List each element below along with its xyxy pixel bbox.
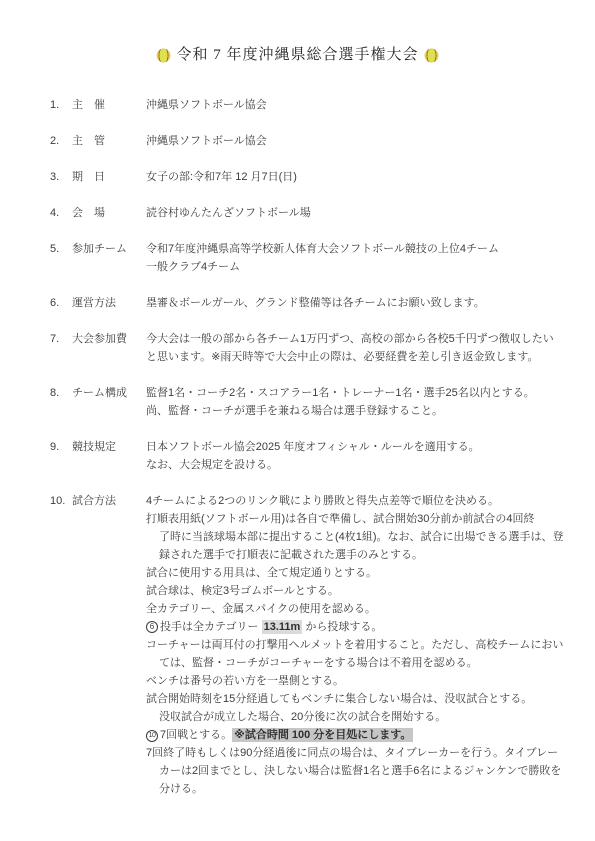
item-line: 女子の部:令和7年 12 月7日(日)	[146, 168, 570, 186]
item-label: チーム構成	[72, 384, 146, 402]
item-line: 令和7年度沖縄県高等学校新人体育大会ソフトボール競技の上位4チーム	[146, 240, 570, 258]
list-item: 8.チーム構成監督1名・コーチ2名・スコアラー1名・トレーナー1名・選手25名以…	[0, 384, 595, 420]
sub-item-line: コーチャーは両耳付の打撃用ヘルメットを着用すること。ただし、高校チームにおい	[146, 636, 570, 654]
item-label: 大会参加費	[72, 330, 146, 348]
sub-item-line: 打順表用紙(ソフトボール用)は各自で準備し、試合開始30分前か前試合の4回終	[146, 510, 570, 528]
item-label: 主 催	[72, 96, 146, 114]
item-content: 沖縄県ソフトボール協会	[146, 132, 570, 150]
item-label: 期 日	[72, 168, 146, 186]
item-number: 10.	[50, 492, 72, 510]
item-line: と思います。※雨天時等で大会中止の際は、必要経費を差し引き返金致します。	[146, 348, 570, 366]
sub-item-line: 試合開始時刻を15分経過してもベンチに集合しない場合は、没収試合とする。	[146, 690, 570, 708]
item-number: 6.	[50, 294, 72, 312]
item-content: 4チームによる2つのリンク戦により勝敗と得失点差等で順位を決める。打順表用紙(ソ…	[146, 492, 570, 798]
list-item: 6.運営方法塁審＆ボールガール、グランド整備等は各チームにお願い致します。	[0, 294, 595, 312]
sub-item-line: 4チームによる2つのリンク戦により勝敗と得失点差等で順位を決める。	[146, 492, 570, 510]
page-title: 令和 7 年度沖縄県総合選手権大会	[176, 45, 418, 65]
circled-number: 10	[146, 730, 158, 742]
item-number: 2.	[50, 132, 72, 150]
item-label: 主 管	[72, 132, 146, 150]
sub-item-line: 了時に当該球場本部に提出すること(4枚1組)。なお、試合に出場できる選手は、登	[146, 528, 570, 546]
item-number: 1.	[50, 96, 72, 114]
item-line: 読谷村ゆんたんざソフトボール場	[146, 204, 570, 222]
item-label: 運営方法	[72, 294, 146, 312]
item-content: 沖縄県ソフトボール協会	[146, 96, 570, 114]
sub-item-line: ベンチは番号の若い方を一塁側とする。	[146, 672, 570, 690]
sub-item-line: カーは2回までとし、決しない場合は監督1名と選手6名によるジャンケンで勝敗を	[146, 762, 570, 780]
document-page: 令和 7 年度沖縄県総合選手権大会 1.主 催沖縄県ソフトボール協会2.主 管沖…	[0, 0, 595, 841]
item-number: 9.	[50, 438, 72, 456]
item-label: 試合方法	[72, 492, 146, 510]
item-content: 読谷村ゆんたんざソフトボール場	[146, 204, 570, 222]
document-title-row: 令和 7 年度沖縄県総合選手権大会	[0, 45, 595, 65]
item-number: 7.	[50, 330, 72, 348]
sub-item-line: ては、監督・コーチがコーチャーをする場合は不着用を認める。	[146, 654, 570, 672]
item-line: 沖縄県ソフトボール協会	[146, 132, 570, 150]
item-content: 令和7年度沖縄県高等学校新人体育大会ソフトボール競技の上位4チーム一般クラブ4チ…	[146, 240, 570, 276]
list-item: 7.大会参加費今大会は一般の部から各チーム1万円ずつ、高校の部から各校5千円ずつ…	[0, 330, 595, 366]
circled-number: 6	[146, 621, 158, 633]
list-item: 3.期 日女子の部:令和7年 12 月7日(日)	[0, 168, 595, 186]
item-content: 女子の部:令和7年 12 月7日(日)	[146, 168, 570, 186]
item-label: 会 場	[72, 204, 146, 222]
list-item: 5.参加チーム令和7年度沖縄県高等学校新人体育大会ソフトボール競技の上位4チーム…	[0, 240, 595, 276]
sub-item-line: 試合に使用する用具は、全て規定通りとする。	[146, 564, 570, 582]
item-number: 5.	[50, 240, 72, 258]
softball-icon	[424, 48, 439, 63]
list-item: 10.試合方法4チームによる2つのリンク戦により勝敗と得失点差等で順位を決める。…	[0, 492, 595, 798]
item-content: 今大会は一般の部から各チーム1万円ずつ、高校の部から各校5千円ずつ徴収したいと思…	[146, 330, 570, 366]
list-item: 2.主 管沖縄県ソフトボール協会	[0, 132, 595, 150]
item-line: なお、大会規定を設ける。	[146, 456, 570, 474]
sub-item-line: 全カテゴリー、金属スパイクの使用を認める。	[146, 600, 570, 618]
sub-item-line: 没収試合が成立した場合、20分後に次の試合を開始する。	[146, 708, 570, 726]
sub-item-line: 7回終了時もしくは90分経過後に同点の場合は、タイブレーカーを行う。タイブレー	[146, 744, 570, 762]
item-line: 尚、監督・コーチが選手を兼ねる場合は選手登録すること。	[146, 402, 570, 420]
sub-item-line: 107回戦とする。※試合時間 100 分を目処にします。	[146, 726, 570, 744]
highlighted-text: 13.11m	[262, 620, 303, 634]
item-content: 塁審＆ボールガール、グランド整備等は各チームにお願い致します。	[146, 294, 570, 312]
item-label: 競技規定	[72, 438, 146, 456]
item-line: 一般クラブ4チーム	[146, 258, 570, 276]
item-label: 参加チーム	[72, 240, 146, 258]
sub-item-line: 試合球は、検定3号ゴムボールとする。	[146, 582, 570, 600]
softball-icon	[156, 48, 171, 63]
item-line: 監督1名・コーチ2名・スコアラー1名・トレーナー1名・選手25名以内とする。	[146, 384, 570, 402]
sub-item-line: 分ける。	[146, 780, 570, 798]
sub-item-line: 6投手は全カテゴリー 13.11m から投球する。	[146, 618, 570, 636]
list-item: 1.主 催沖縄県ソフトボール協会	[0, 96, 595, 114]
item-line: 沖縄県ソフトボール協会	[146, 96, 570, 114]
item-number: 3.	[50, 168, 72, 186]
item-number: 8.	[50, 384, 72, 402]
item-line: 日本ソフトボール協会2025 年度オフィシャル・ルールを適用する。	[146, 438, 570, 456]
item-line: 塁審＆ボールガール、グランド整備等は各チームにお願い致します。	[146, 294, 570, 312]
items-list: 1.主 催沖縄県ソフトボール協会2.主 管沖縄県ソフトボール協会3.期 日女子の…	[0, 96, 595, 798]
item-number: 4.	[50, 204, 72, 222]
item-content: 日本ソフトボール協会2025 年度オフィシャル・ルールを適用する。なお、大会規定…	[146, 438, 570, 474]
list-item: 4.会 場読谷村ゆんたんざソフトボール場	[0, 204, 595, 222]
list-item: 9.競技規定日本ソフトボール協会2025 年度オフィシャル・ルールを適用する。な…	[0, 438, 595, 474]
item-line: 今大会は一般の部から各チーム1万円ずつ、高校の部から各校5千円ずつ徴収したい	[146, 330, 570, 348]
item-content: 監督1名・コーチ2名・スコアラー1名・トレーナー1名・選手25名以内とする。尚、…	[146, 384, 570, 420]
sub-item-line: 録された選手で打順表に記載された選手のみとする。	[146, 546, 570, 564]
highlighted-text: ※試合時間 100 分を目処にします。	[232, 728, 413, 742]
